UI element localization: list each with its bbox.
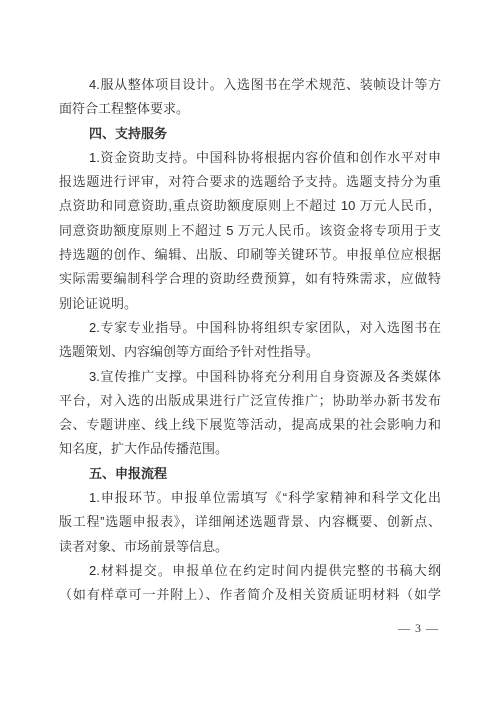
paragraph-line: 1.资金资助支持。中国科协将根据内容价值和创作水平对申 xyxy=(59,146,441,170)
paragraph-line: 别论证说明。 xyxy=(59,292,441,316)
paragraph-line: 报选题进行评审，对符合要求的选题给予支持。选题支持分为重 xyxy=(59,170,441,194)
paragraph-line: 同意资助额度原则上不超过 5 万元人民币。该资金将专项用于支 xyxy=(59,219,441,243)
paragraph-line: 平台，对入选的出版成果进行广泛宣传推广；协助举办新书发布 xyxy=(59,389,441,413)
paragraph-line: （如有样章可一并附上）、作者简介及相关资质证明材料（如学 xyxy=(59,583,441,607)
paragraph-line: 2.材料提交。申报单位在约定时间内提供完整的书稿大纲 xyxy=(59,559,441,583)
section-heading: 四、支持服务 xyxy=(59,122,441,146)
paragraph-line: 点资助和同意资助,重点资助额度原则上不超过 10 万元人民币， xyxy=(59,194,441,218)
section-heading: 五、申报流程 xyxy=(59,462,441,486)
page-number: — 3 — xyxy=(398,620,439,636)
paragraph-line: 知名度，扩大作品传播范围。 xyxy=(59,437,441,461)
paragraph-line: 持选题的创作、编辑、出版、印刷等关键环节。申报单位应根据 xyxy=(59,243,441,267)
paragraph-line: 读者对象、市场前景等信息。 xyxy=(59,535,441,559)
paragraph-line: 选题策划、内容编创等方面给予针对性指导。 xyxy=(59,340,441,364)
paragraph-line: 1.申报环节。申报单位需填写《“科学家精神和科学文化出 xyxy=(59,486,441,510)
paragraph-line: 实际需要编制科学合理的资助经费预算，如有特殊需求，应做特 xyxy=(59,267,441,291)
paragraph-line: 4.服从整体项目设计。入选图书在学术规范、装帧设计等方 xyxy=(59,73,441,97)
paragraph-line: 2.专家专业指导。中国科协将组织专家团队，对入选图书在 xyxy=(59,316,441,340)
paragraph-line: 3.宣传推广支撑。中国科协将充分利用自身资源及各类媒体 xyxy=(59,365,441,389)
document-page: 4.服从整体项目设计。入选图书在学术规范、装帧设计等方 面符合工程整体要求。 四… xyxy=(0,0,500,706)
paragraph-line: 会、专题讲座、线上线下展览等活动，提高成果的社会影响力和 xyxy=(59,413,441,437)
paragraph-line: 面符合工程整体要求。 xyxy=(59,97,441,121)
document-body: 4.服从整体项目设计。入选图书在学术规范、装帧设计等方 面符合工程整体要求。 四… xyxy=(59,73,441,608)
paragraph-line: 版工程”选题申报表》，详细阐述选题背景、内容概要、创新点、 xyxy=(59,510,441,534)
